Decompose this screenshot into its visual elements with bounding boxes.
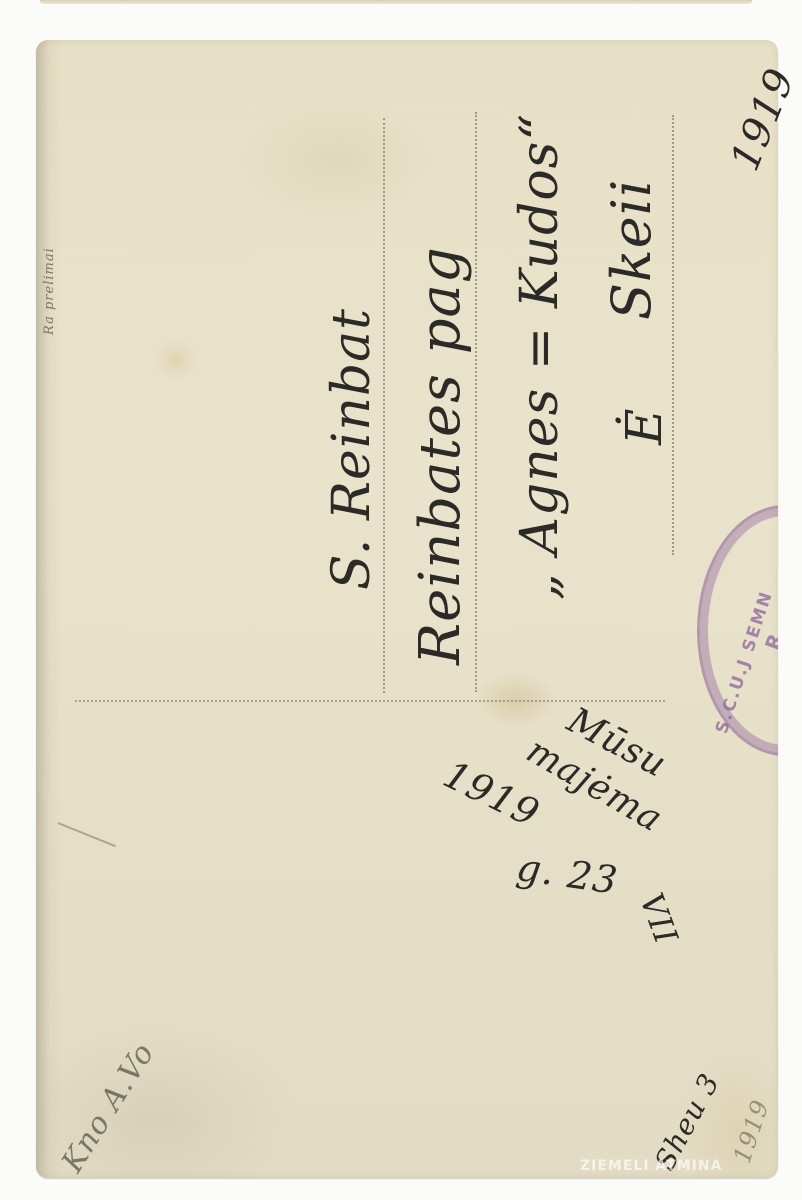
center-divider bbox=[75, 700, 665, 702]
postcard-scan: 1919 Ra prelimai S. Reinbat Reinbates pa… bbox=[0, 0, 802, 1200]
address-line-1 bbox=[383, 118, 385, 693]
address-line-parish: Reinbates pag bbox=[408, 246, 473, 665]
postcard-back bbox=[36, 40, 778, 1178]
pencil-note-left: Ra prelimai bbox=[42, 247, 57, 335]
adjacent-card-edge bbox=[40, 0, 752, 4]
address-line-farm: „ Agnes = Kudos“ bbox=[510, 113, 570, 600]
address-line-initial: Ė bbox=[615, 408, 673, 446]
postmark-stamp: S.C.U.J SEMN R bbox=[690, 495, 778, 765]
address-line-village: Skeii bbox=[600, 179, 663, 320]
watermark: ZIEMELI ATMINA bbox=[580, 1158, 722, 1174]
address-line-2 bbox=[475, 112, 477, 692]
address-line-3 bbox=[672, 115, 674, 555]
address-line-name: S. Reinbat bbox=[322, 308, 382, 590]
